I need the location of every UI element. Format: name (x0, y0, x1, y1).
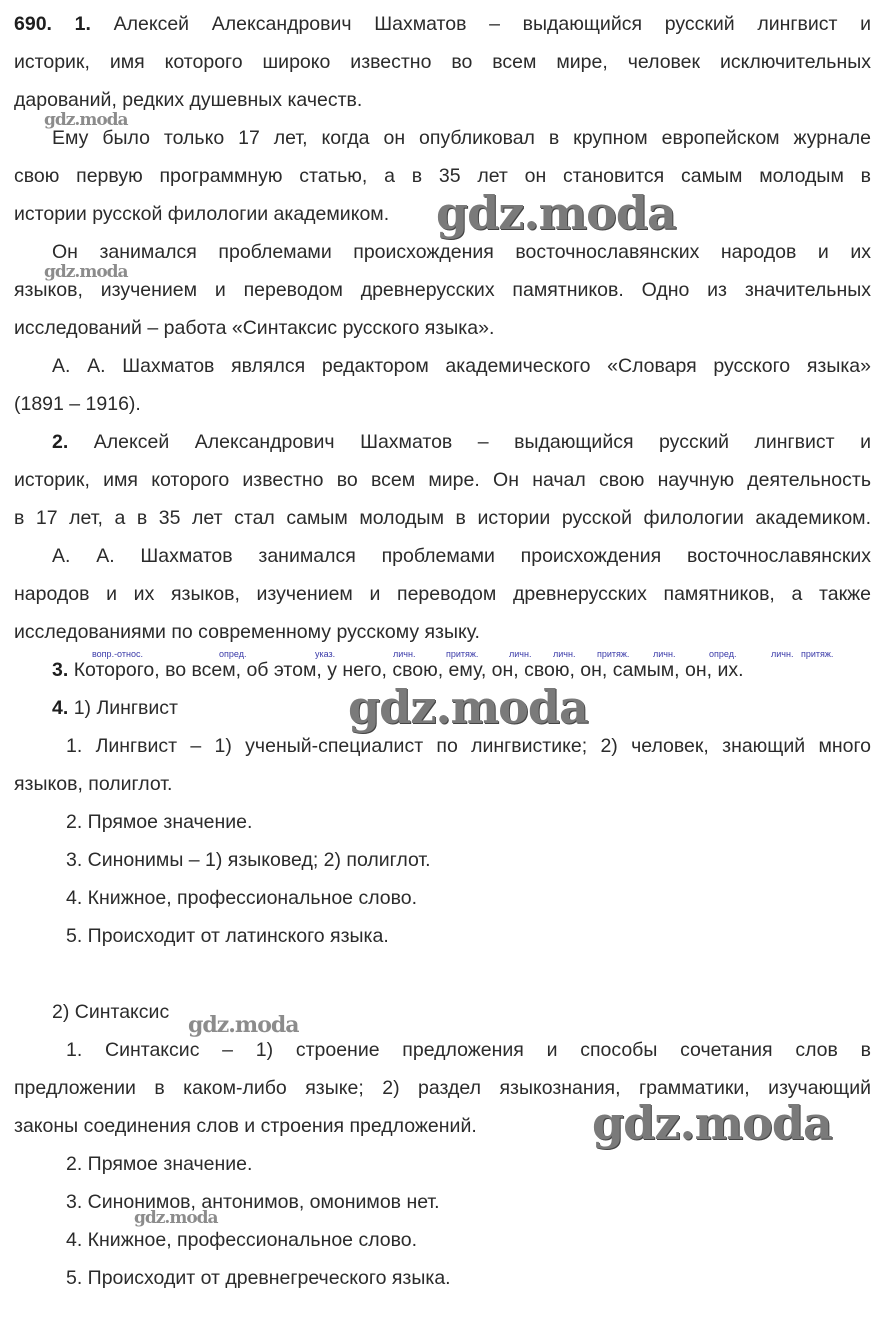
watermark: gdz.moda (592, 1096, 832, 1150)
paragraph-line: 1. Лингвист – 1) ученый-специалист по ли… (66, 734, 871, 758)
paragraph-line: историк, имя которого широко известно во… (14, 50, 871, 74)
paragraph-line: Он занимался проблемами происхождения во… (52, 240, 871, 264)
watermark: gdz.moda (44, 110, 128, 130)
paragraph-line: (1891 – 1916). (14, 392, 871, 416)
list-item: 4. Книжное, профессиональное слово. (66, 1228, 871, 1252)
paragraph-line: языков, изучением и переводом древнерусс… (14, 278, 871, 302)
text: Алексей Александрович Шахматов – выдающи… (114, 13, 871, 35)
list-item: 4. Книжное, профессиональное слово. (66, 886, 871, 910)
word-heading: 1) Лингвист (74, 697, 178, 719)
paragraph-line: исследованиями по современному русскому … (14, 620, 871, 644)
list-item: 2. Прямое значение. (66, 1152, 871, 1176)
paragraph-line: 3. Которого, во всем, об этом, у него, с… (52, 658, 871, 682)
paragraph-line: А. А. Шахматов занимался проблемами прои… (52, 544, 871, 568)
watermark: gdz.moda (436, 186, 676, 240)
part-2-label: 2. (52, 431, 68, 453)
paragraph-line: свою первую программную статью, а в 35 л… (14, 164, 871, 188)
part-3-label: 3. (52, 659, 68, 681)
word-heading: 2) Синтаксис (52, 1000, 871, 1024)
list-item: 5. Происходит от латинского языка. (66, 924, 871, 948)
exercise-number: 690. (14, 13, 52, 35)
watermark: gdz.moda (188, 1012, 299, 1038)
watermark: gdz.moda (348, 680, 588, 734)
paragraph-line: дарований, редких душевных качеств. (14, 88, 871, 112)
text: Алексей Александрович Шахматов – выдающи… (94, 431, 871, 453)
paragraph-line: 1. Синтаксис – 1) строение предложения и… (66, 1038, 871, 1062)
paragraph-line: историк, имя которого известно во всем м… (14, 468, 871, 492)
text: Которого, во всем, об этом, у него, свою… (74, 659, 744, 681)
paragraph-line: А. А. Шахматов являлся редактором академ… (52, 354, 871, 378)
paragraph-line: 690. 1. Алексей Александрович Шахматов –… (14, 12, 871, 36)
list-item: 2. Прямое значение. (66, 810, 871, 834)
paragraph-line: языков, полиглот. (14, 772, 871, 796)
list-item: 3. Синонимы – 1) языковед; 2) полиглот. (66, 848, 871, 872)
list-item: 5. Происходит от древнегреческого языка. (66, 1266, 871, 1290)
paragraph-line: Ему было только 17 лет, когда он опублик… (52, 126, 871, 150)
paragraph-line: в 17 лет, а в 35 лет стал самым молодым … (14, 506, 871, 530)
watermark: gdz.moda (44, 262, 128, 282)
watermark: gdz.moda (134, 1208, 218, 1228)
paragraph-line: 2. Алексей Александрович Шахматов – выда… (52, 430, 871, 454)
paragraph-line: исследований – работа «Синтаксис русског… (14, 316, 871, 340)
part-4-label: 4. (52, 697, 68, 719)
paragraph-line: народов и их языков, изучением и перевод… (14, 582, 871, 606)
part-1-label: 1. (75, 13, 91, 35)
